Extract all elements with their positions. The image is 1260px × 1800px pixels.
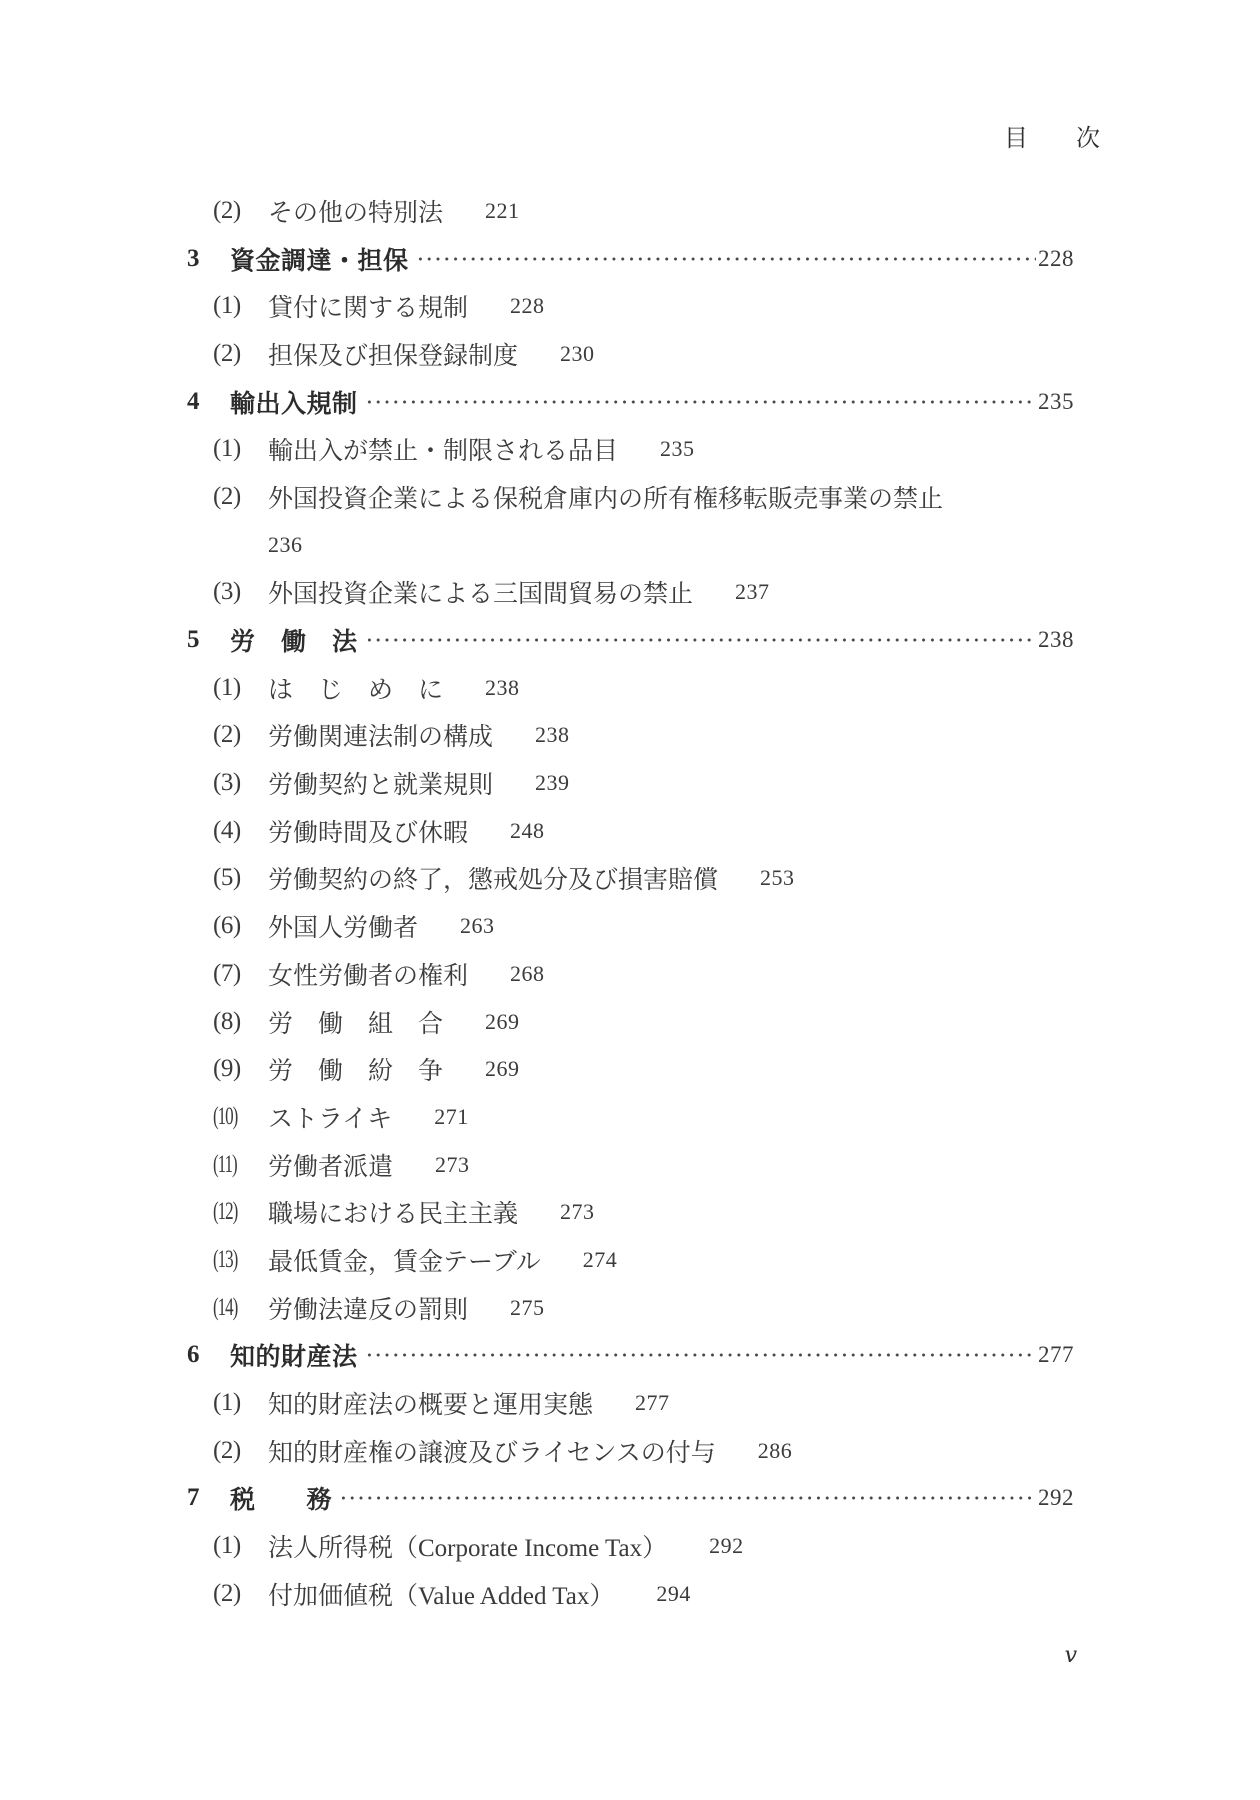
sub-item-number: (3) [213,578,268,606]
chapter-number: 6 [187,1341,230,1369]
toc-sub-row: (2)その他の特別法221 [0,187,1260,235]
sub-item-title: 労働者派遣 [268,1147,393,1183]
sub-item-number-text: (11) [213,1151,237,1179]
sub-item-number: (13) [213,1246,268,1274]
sub-item-number: (2) [213,721,268,749]
sub-item-title: 労働時間及び休暇 [268,813,468,849]
chapter-title: 労 働 法 [230,622,358,658]
sub-item-number: (12) [213,1198,268,1226]
sub-item-number: (10) [213,1103,268,1131]
sub-item-page-number: 273 [435,1152,470,1178]
toc-sub-row: (1)輸出入が禁止・制限される品目235 [0,425,1260,473]
sub-item-title: は じ め に [268,670,443,706]
sub-item-number-text: (14) [213,1294,237,1322]
sub-item-page-number: 292 [709,1533,744,1559]
sub-item-title: ストライキ [268,1099,392,1135]
toc-sub-row: (2)付加価値税（Value Added Tax）294 [0,1570,1260,1618]
sub-item-number: (14) [213,1294,268,1322]
toc-sub-row: (1)は じ め に238 [0,664,1260,712]
sub-item-page-number: 235 [660,436,695,462]
chapter-page-number: 292 [1038,1485,1074,1511]
sub-item-number: (1) [213,674,268,702]
sub-item-page-number: 274 [583,1247,618,1273]
sub-item-title: 労働契約と就業規則 [268,765,493,801]
sub-item-number: (11) [213,1151,268,1179]
toc-sub-row: (10)ストライキ271 [0,1093,1260,1141]
sub-item-title: 知的財産法の概要と運用実態 [268,1385,593,1421]
sub-item-page-number: 286 [758,1438,793,1464]
sub-item-page-number: 228 [510,293,545,319]
toc-page: 目 次 (2)その他の特別法2213資金調達・担保228(1)貸付に関する規制2… [0,0,1260,1800]
sub-item-page-number: 275 [510,1295,545,1321]
folio-page-number: v [1065,1643,1077,1668]
toc-sub-row: (11)労働者派遣273 [0,1141,1260,1189]
sub-item-number: (1) [213,1389,268,1417]
sub-item-title: 知的財産権の譲渡及びライセンスの付与 [268,1433,716,1469]
sub-item-title: 法人所得税（Corporate Income Tax） [268,1528,667,1564]
sub-item-number: (8) [213,1008,268,1036]
sub-item-page-number: 273 [560,1199,595,1225]
sub-item-title: 外国投資企業による保税倉庫内の所有権移転販売事業の禁止 [268,479,943,515]
sub-item-title: 労 働 紛 争 [268,1051,443,1087]
chapter-title: 知的財産法 [230,1337,358,1373]
sub-item-page-number: 268 [510,961,545,987]
chapter-title: 資金調達・担保 [230,241,409,277]
sub-item-number: (3) [213,769,268,797]
sub-item-number-text: (10) [213,1103,237,1131]
sub-item-page-number: 239 [535,770,570,796]
toc-sub-row: (8)労 働 組 合269 [0,998,1260,1046]
sub-item-page-number: 269 [485,1009,520,1035]
chapter-number: 3 [187,245,230,273]
toc-sub-row: (12)職場における民主主義273 [0,1188,1260,1236]
sub-item-number: (1) [213,292,268,320]
sub-item-page-number: 277 [635,1390,670,1416]
toc-chapter-row: 3資金調達・担保228 [0,235,1260,283]
dotted-leader [365,378,1036,426]
dotted-leader [339,1475,1036,1523]
toc-sub-row: (14)労働法違反の罰則275 [0,1284,1260,1332]
sub-item-page-number: 230 [560,341,595,367]
sub-item-number: (2) [213,1437,268,1465]
chapter-title: 税 務 [230,1480,332,1516]
chapter-number: 5 [187,626,230,654]
sub-item-number: (4) [213,817,268,845]
page-title: 目 次 [1004,123,1100,155]
sub-item-title: 労働法違反の罰則 [268,1290,468,1326]
toc-sub-row: (6)外国人労働者263 [0,902,1260,950]
sub-item-title: 貸付に関する規制 [268,288,468,324]
chapter-page-number: 228 [1038,246,1074,272]
toc-chapter-row: 7税 務292 [0,1475,1260,1523]
toc-sub-row: (4)労働時間及び休暇248 [0,807,1260,855]
sub-item-number-text: (12) [213,1198,237,1226]
sub-item-page-number: 263 [460,913,495,939]
toc-sub-row: (7)女性労働者の権利268 [0,950,1260,998]
sub-item-page-number: 253 [760,865,795,891]
chapter-page-number: 238 [1038,627,1074,653]
sub-item-page-number: 294 [656,1581,691,1607]
sub-item-page-number: 237 [735,579,770,605]
toc-chapter-row: 5労 働 法238 [0,616,1260,664]
toc-sub-row: (2)担保及び担保登録制度230 [0,330,1260,378]
chapter-page-number: 235 [1038,389,1074,415]
sub-item-page-number: 221 [485,198,520,224]
toc-sub-row: (13)最低賃金，賃金テーブル274 [0,1236,1260,1284]
sub-item-title: その他の特別法 [268,193,443,229]
sub-item-title: 外国投資企業による三国間貿易の禁止 [268,574,693,610]
sub-item-page-number: 238 [485,675,520,701]
sub-item-title: 労 働 組 合 [268,1004,443,1040]
sub-item-page-number: 269 [485,1056,520,1082]
sub-item-page-number: 248 [510,818,545,844]
sub-item-title: 付加価値税（Value Added Tax） [268,1576,614,1612]
toc-chapter-row: 4輸出入規制235 [0,378,1260,426]
chapter-page-number: 277 [1038,1342,1074,1368]
toc-list: (2)その他の特別法2213資金調達・担保228(1)貸付に関する規制228(2… [0,187,1260,1618]
sub-item-page-number: 271 [434,1104,469,1130]
chapter-number: 4 [187,388,230,416]
toc-chapter-row: 6知的財産法277 [0,1332,1260,1380]
sub-item-title: 外国人労働者 [268,908,418,944]
sub-item-number: (5) [213,864,268,892]
toc-continuation-row: 236 [0,521,1260,569]
sub-item-title: 職場における民主主義 [268,1194,518,1230]
toc-sub-row: (2)知的財産権の譲渡及びライセンスの付与286 [0,1427,1260,1475]
sub-item-number: (2) [213,1580,268,1608]
sub-item-number: (1) [213,435,268,463]
toc-sub-row: (9)労 働 紛 争269 [0,1045,1260,1093]
chapter-number: 7 [187,1484,230,1512]
dotted-leader [365,616,1036,664]
sub-item-number: (2) [213,340,268,368]
sub-item-number: (6) [213,912,268,940]
chapter-title: 輸出入規制 [230,384,358,420]
toc-sub-row: (1)法人所得税（Corporate Income Tax）292 [0,1522,1260,1570]
dotted-leader [416,235,1036,283]
sub-item-title: 担保及び担保登録制度 [268,336,518,372]
sub-item-number: (2) [213,483,268,511]
sub-item-number: (7) [213,960,268,988]
toc-sub-row: (1)貸付に関する規制228 [0,282,1260,330]
sub-item-title: 女性労働者の権利 [268,956,468,992]
sub-item-title: 輸出入が禁止・制限される品目 [268,431,618,467]
toc-sub-row: (1)知的財産法の概要と運用実態277 [0,1379,1260,1427]
sub-item-number: (2) [213,197,268,225]
dotted-leader [365,1332,1036,1380]
sub-item-page-number: 238 [535,722,570,748]
sub-item-title: 労働関連法制の構成 [268,717,493,753]
continuation-page-number: 236 [268,532,303,558]
toc-sub-row: (5)労働契約の終了，懲戒処分及び損害賠償253 [0,855,1260,903]
sub-item-title: 労働契約の終了，懲戒処分及び損害賠償 [268,860,718,896]
sub-item-number: (1) [213,1532,268,1560]
sub-item-number-text: (13) [213,1246,237,1274]
sub-item-number: (9) [213,1055,268,1083]
toc-sub-row: (2)外国投資企業による保税倉庫内の所有権移転販売事業の禁止 [0,473,1260,521]
toc-sub-row: (3)労働契約と就業規則239 [0,759,1260,807]
toc-sub-row: (3)外国投資企業による三国間貿易の禁止237 [0,569,1260,617]
sub-item-title: 最低賃金，賃金テーブル [268,1242,541,1278]
toc-sub-row: (2)労働関連法制の構成238 [0,712,1260,760]
